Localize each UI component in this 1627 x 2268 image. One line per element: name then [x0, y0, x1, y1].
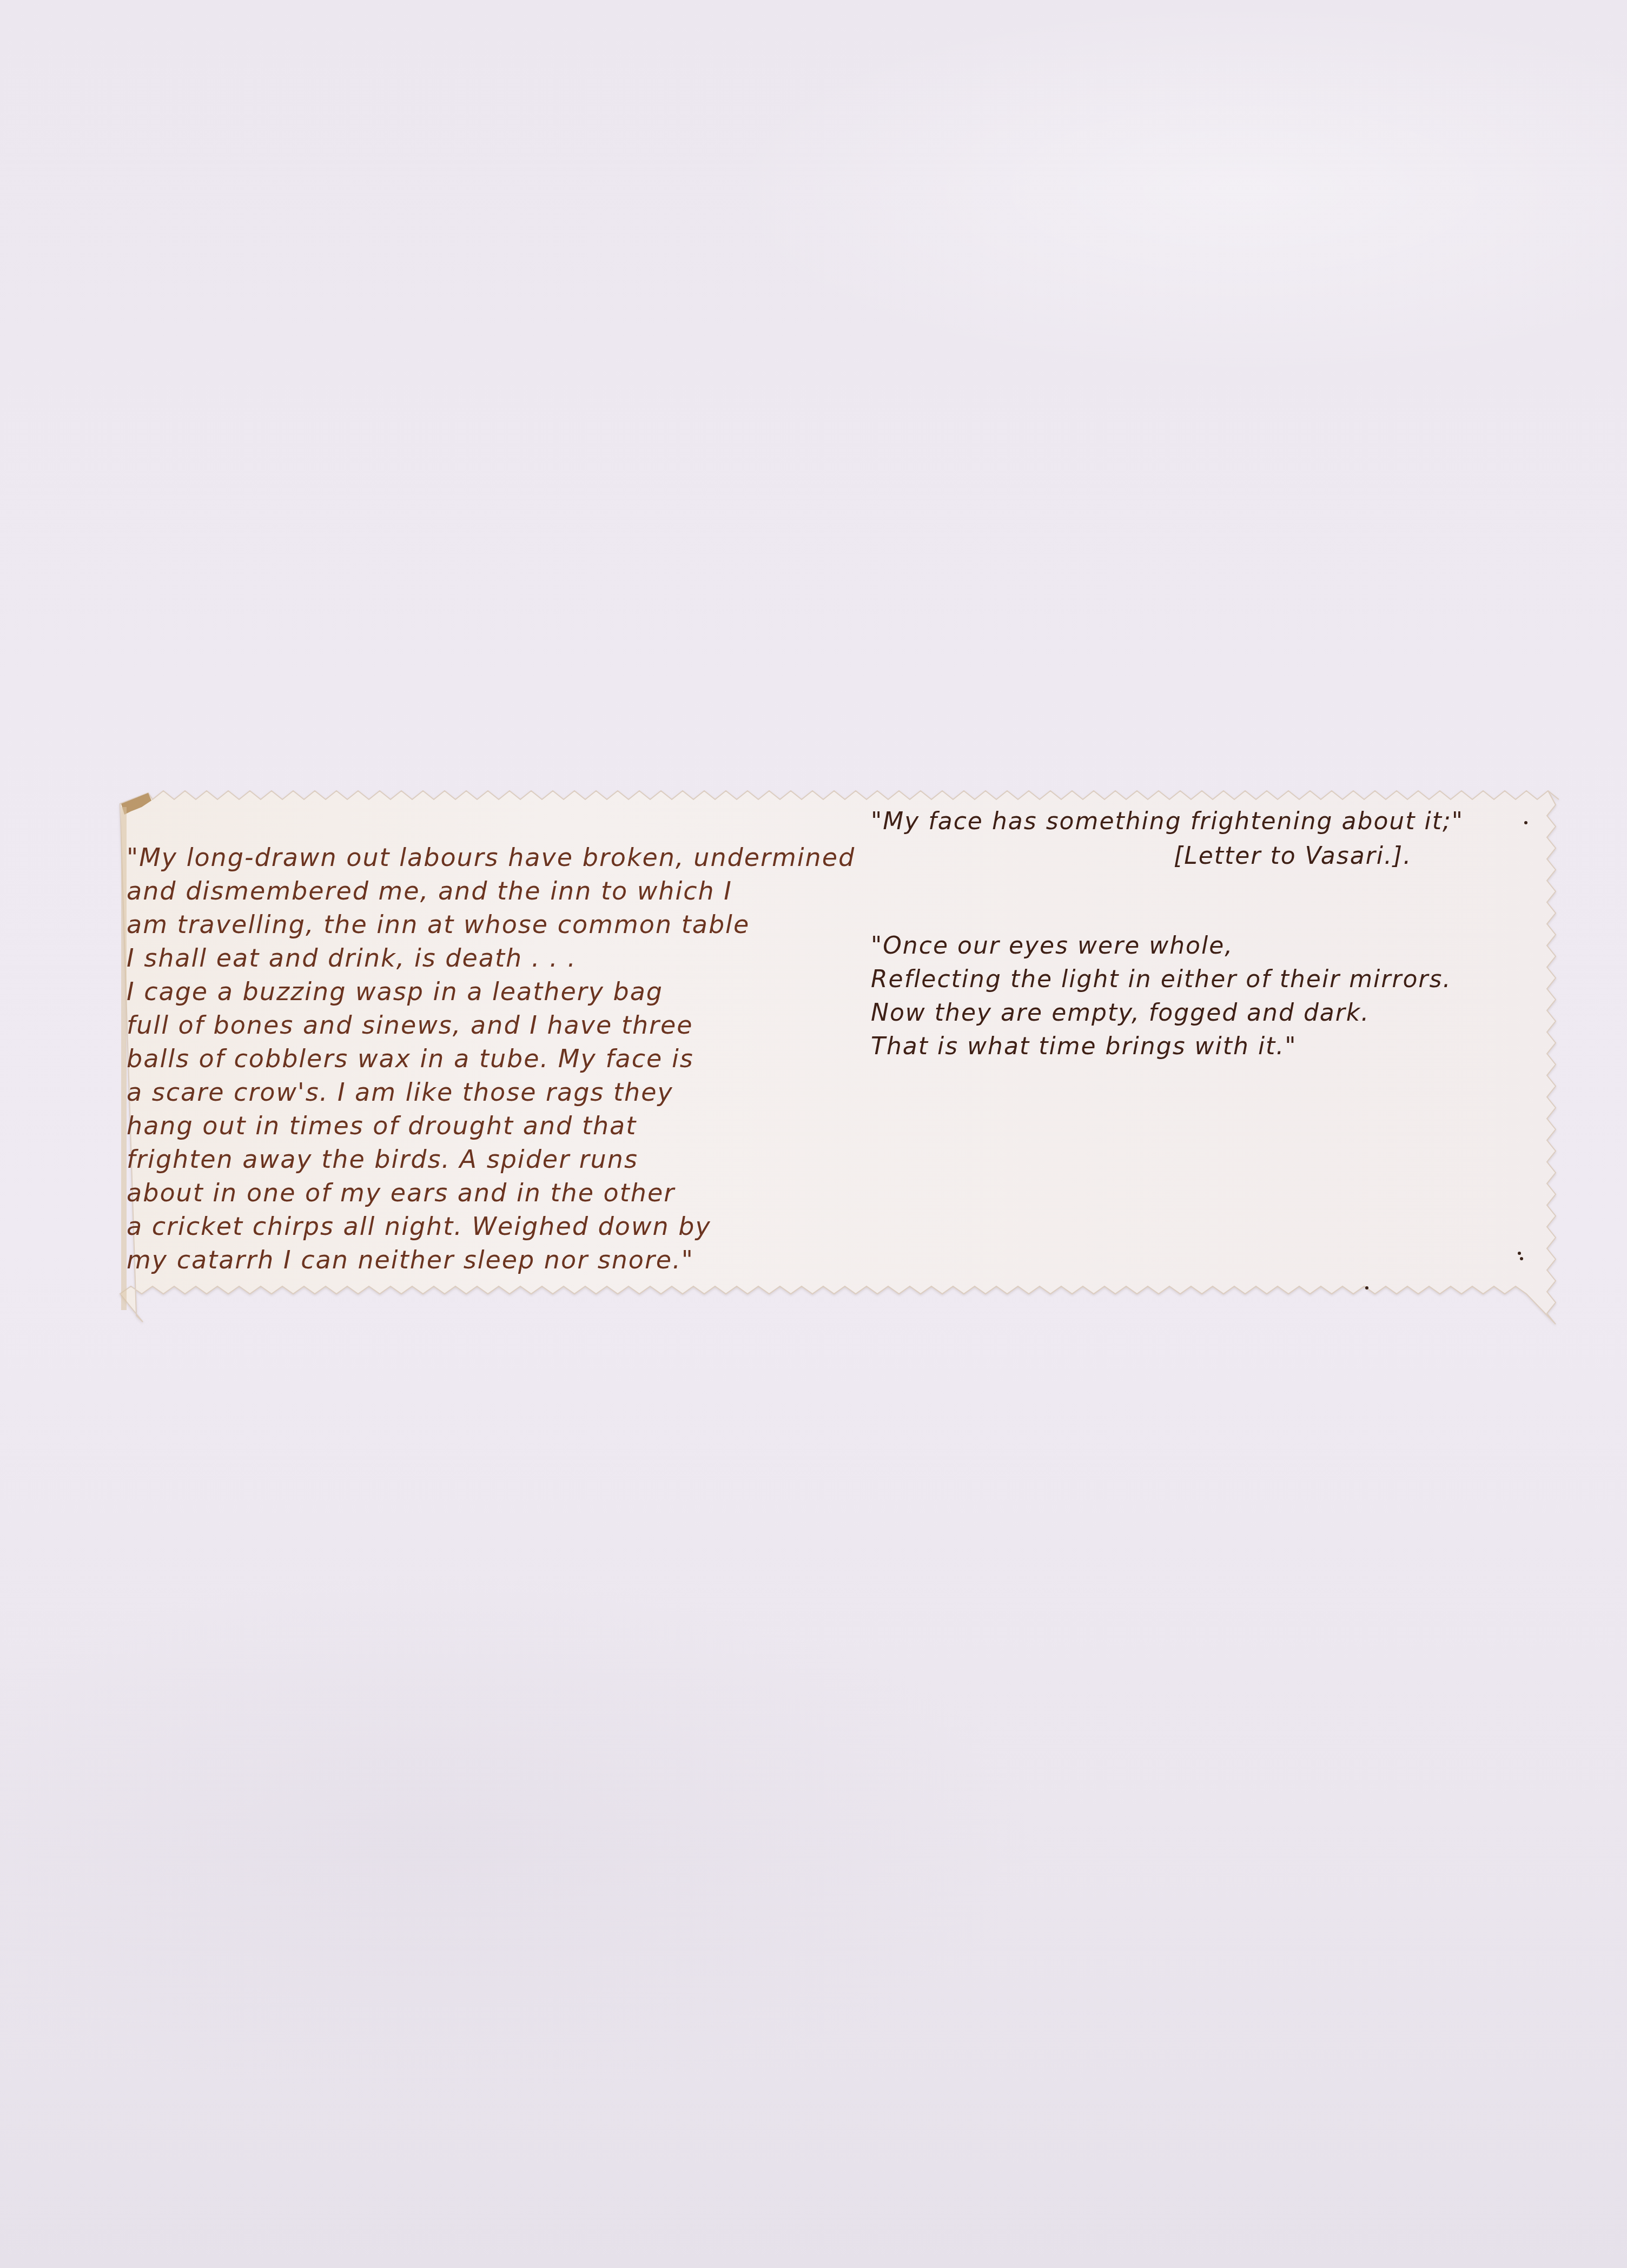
left-passage-line: my catarrh I can neither sleep nor snore…	[127, 1243, 868, 1277]
left-passage-line: hang out in times of drought and that	[127, 1109, 868, 1142]
left-passage-line: am travelling, the inn at whose common t…	[127, 908, 868, 941]
verse-line: Now they are empty, fogged and dark.	[871, 996, 1542, 1030]
left-passage-line: I cage a buzzing wasp in a leathery bag	[127, 975, 868, 1008]
left-passage-line: and dismembered me, and the inn to which…	[127, 874, 868, 908]
left-passage-line: full of bones and sinews, and I have thr…	[127, 1008, 868, 1042]
ink-speck	[1518, 1252, 1521, 1255]
left-passage-line: a scare crow's. I am like those rags the…	[127, 1075, 868, 1109]
quote-attribution: [Letter to Vasari.].	[871, 839, 1542, 873]
handwritten-card: "My long-drawn out labours have broken, …	[120, 791, 1564, 1326]
left-passage-line: frighten away the birds. A spider runs	[127, 1142, 868, 1176]
ink-speck	[1365, 1286, 1368, 1290]
left-passage-line: balls of cobblers wax in a tube. My face…	[127, 1042, 868, 1075]
verse-block: "Once our eyes were whole, Reflecting th…	[871, 929, 1542, 1063]
face-quote: "My face has something frightening about…	[871, 805, 1542, 838]
left-passage-line: "My long-drawn out labours have broken, …	[127, 841, 868, 874]
verse-line: "Once our eyes were whole,	[871, 929, 1542, 963]
verse-line: Reflecting the light in either of their …	[871, 963, 1542, 996]
left-passage-line: a cricket chirps all night. Weighed down…	[127, 1209, 868, 1243]
left-passage: "My long-drawn out labours have broken, …	[127, 841, 868, 1277]
ink-speck	[1520, 1257, 1523, 1260]
left-passage-line: about in one of my ears and in the other	[127, 1176, 868, 1209]
right-passage: "My face has something frightening about…	[871, 805, 1542, 1063]
verse-line: That is what time brings with it."	[871, 1030, 1542, 1063]
ink-speck	[1524, 821, 1527, 824]
left-edge-stain	[121, 807, 127, 1310]
left-passage-line: I shall eat and drink, is death . . .	[127, 941, 868, 975]
